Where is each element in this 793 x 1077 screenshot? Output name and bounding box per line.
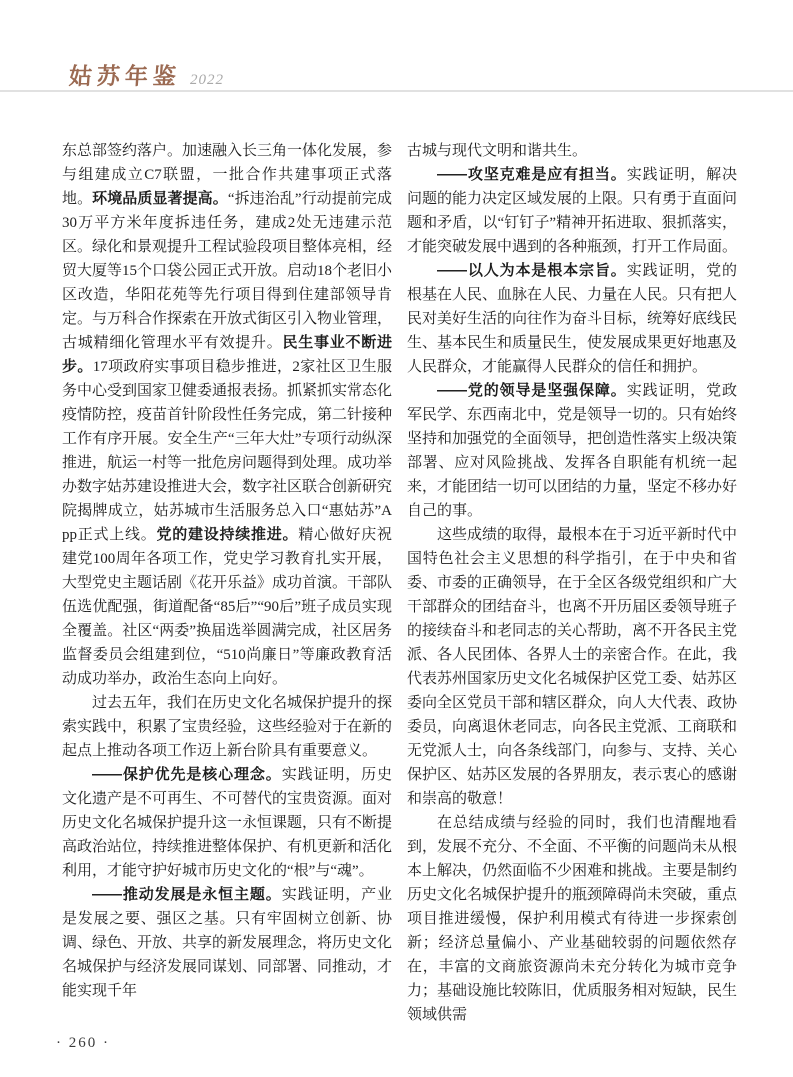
text-segment: “拆违治乱”行动提前完成30万平方米年度拆违任务，建成2处无违建示范区。绿化和景… <box>62 191 392 351</box>
text-segment: 实践证明，历史文化遗产是不可再生、不可替代的宝贵资源。面对历史文化名城保护提升这… <box>62 767 392 879</box>
paragraph: 过去五年，我们在历史文化名城保护提升的探索实践中，积累了宝贵经验，这些经验对于在… <box>62 691 392 763</box>
bold-text-segment: 环境品质显著提高。 <box>92 190 228 207</box>
paragraph: ——攻坚克难是应有担当。实践证明，解决问题的能力决定区域发展的上限。只有勇于直面… <box>407 163 737 259</box>
bold-text-segment: ——党的领导是坚强保障。 <box>437 382 627 399</box>
paragraph: ——保护优先是核心理念。实践证明，历史文化遗产是不可再生、不可替代的宝贵资源。面… <box>62 763 392 883</box>
text-segment: 17项政府实事项目稳步推进，2家社区卫生服务中心受到国家卫健委通报表扬。抓紧抓实… <box>62 359 392 543</box>
paragraph: 古城与现代文明和谐共生。 <box>407 139 737 163</box>
text-segment: 实践证明，党的根基在人民、血脉在人民、力量在人民。只有把人民对美好生活的向往作为… <box>407 263 737 375</box>
paragraph: 在总结成绩与经验的同时，我们也清醒地看到，发展不充分、不全面、不平衡的问题尚未从… <box>407 811 737 1027</box>
paragraph: 这些成绩的取得，最根本在于习近平新时代中国特色社会主义思想的科学指引，在于中央和… <box>407 523 737 811</box>
left-column: 东总部签约落户。加速融入长三角一体化发展，参与组建成立C7联盟，一批合作共建事项… <box>62 139 392 1027</box>
bold-text-segment: ——保护优先是核心理念。 <box>92 766 282 783</box>
text-segment: 古城与现代文明和谐共生。 <box>407 143 587 159</box>
text-segment: 在总结成绩与经验的同时，我们也清醒地看到，发展不充分、不全面、不平衡的问题尚未从… <box>407 815 737 1023</box>
bold-text-segment: ——推动发展是永恒主题。 <box>92 886 282 903</box>
bold-text-segment: ——攻坚克难是应有担当。 <box>437 166 627 183</box>
header-divider-line <box>0 90 793 92</box>
yearbook-logo-year: 2022 <box>190 72 224 89</box>
page-body: 东总部签约落户。加速融入长三角一体化发展，参与组建成立C7联盟，一批合作共建事项… <box>62 139 737 1027</box>
bold-text-segment: 党的建设持续推进。 <box>157 526 299 543</box>
paragraph: ——以人为本是根本宗旨。实践证明，党的根基在人民、血脉在人民、力量在人民。只有把… <box>407 259 737 379</box>
paragraph: 东总部签约落户。加速融入长三角一体化发展，参与组建成立C7联盟，一批合作共建事项… <box>62 139 392 691</box>
text-segment: 实践证明，产业是发展之要、强区之基。只有牢固树立创新、协调、绿色、开放、共享的新… <box>62 887 392 999</box>
bold-text-segment: ——以人为本是根本宗旨。 <box>437 262 627 279</box>
text-segment: 实践证明，党政军民学、东西南北中，党是领导一切的。只有始终坚持和加强党的全面领导… <box>407 383 737 519</box>
text-segment: 过去五年，我们在历史文化名城保护提升的探索实践中，积累了宝贵经验，这些经验对于在… <box>62 695 392 759</box>
text-segment: 这些成绩的取得，最根本在于习近平新时代中国特色社会主义思想的科学指引，在于中央和… <box>407 527 737 807</box>
text-segment: 精心做好庆祝建党100周年各项工作，党史学习教育扎实开展，大型党史主题话剧《花开… <box>62 527 392 687</box>
yearbook-logo: 姑苏年鉴 <box>68 58 182 91</box>
right-column: 古城与现代文明和谐共生。——攻坚克难是应有担当。实践证明，解决问题的能力决定区域… <box>407 139 737 1027</box>
page-header: 姑苏年鉴 2022 <box>69 58 224 91</box>
page-number: · 260 · <box>56 1035 110 1052</box>
paragraph: ——推动发展是永恒主题。实践证明，产业是发展之要、强区之基。只有牢固树立创新、协… <box>62 883 392 1003</box>
yearbook-page: 姑苏年鉴 2022 东总部签约落户。加速融入长三角一体化发展，参与组建成立C7联… <box>0 0 793 1077</box>
paragraph: ——党的领导是坚强保障。实践证明，党政军民学、东西南北中，党是领导一切的。只有始… <box>407 379 737 523</box>
